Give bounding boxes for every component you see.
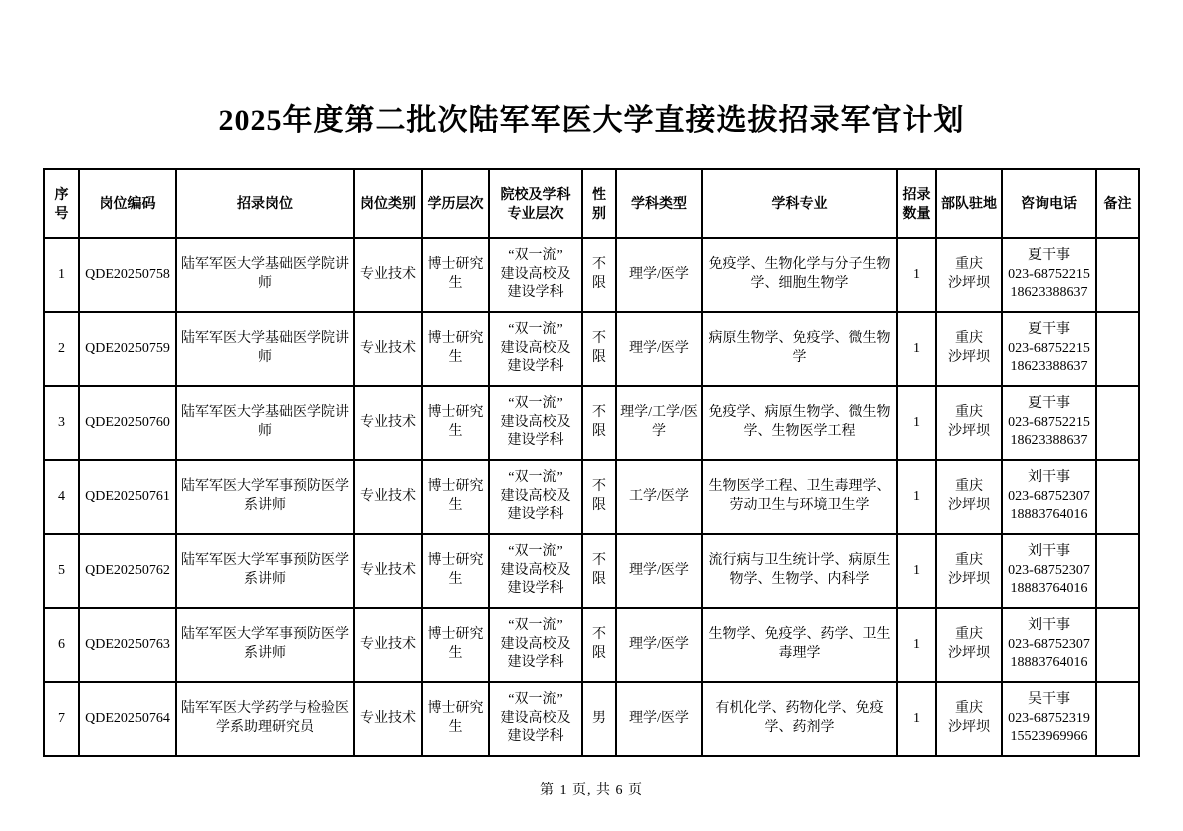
- cell-category: 专业技术: [354, 534, 422, 608]
- cell-phone: 夏干事 023-68752215 18623388637: [1002, 312, 1096, 386]
- cell-remark: [1096, 386, 1139, 460]
- cell-seq: 1: [44, 238, 79, 312]
- cell-phone: 夏干事 023-68752215 18623388637: [1002, 238, 1096, 312]
- cell-phone: 夏干事 023-68752215 18623388637: [1002, 386, 1096, 460]
- header-remark: 备注: [1096, 169, 1139, 238]
- cell-category: 专业技术: [354, 460, 422, 534]
- cell-discipline-type: 理学/医学: [616, 534, 702, 608]
- cell-count: 1: [897, 386, 936, 460]
- cell-position: 陆军军医大学基础医学院讲师: [176, 312, 354, 386]
- cell-position-code: QDE20250760: [79, 386, 176, 460]
- cell-majors: 有机化学、药物化学、免疫学、药剂学: [702, 682, 897, 756]
- cell-school-level: “双一流” 建设高校及 建设学科: [489, 608, 582, 682]
- header-phone: 咨询电话: [1002, 169, 1096, 238]
- cell-seq: 2: [44, 312, 79, 386]
- header-degree: 学历层次: [422, 169, 489, 238]
- cell-majors: 免疫学、生物化学与分子生物学、细胞生物学: [702, 238, 897, 312]
- cell-remark: [1096, 534, 1139, 608]
- cell-remark: [1096, 238, 1139, 312]
- cell-position: 陆军军医大学军事预防医学系讲师: [176, 460, 354, 534]
- cell-school-level: “双一流” 建设高校及 建设学科: [489, 460, 582, 534]
- table-header-row: 序号 岗位编码 招录岗位 岗位类别 学历层次 院校及学科 专业层次 性别 学科类…: [44, 169, 1139, 238]
- cell-school-level: “双一流” 建设高校及 建设学科: [489, 534, 582, 608]
- cell-school-level: “双一流” 建设高校及 建设学科: [489, 312, 582, 386]
- cell-count: 1: [897, 608, 936, 682]
- header-location: 部队驻地: [936, 169, 1002, 238]
- cell-count: 1: [897, 238, 936, 312]
- table-row: 7 QDE20250764 陆军军医大学药学与检验医学系助理研究员 专业技术 博…: [44, 682, 1139, 756]
- cell-degree: 博士研究生: [422, 312, 489, 386]
- cell-seq: 5: [44, 534, 79, 608]
- cell-school-level: “双一流” 建设高校及 建设学科: [489, 386, 582, 460]
- cell-gender: 不限: [582, 312, 616, 386]
- cell-remark: [1096, 312, 1139, 386]
- cell-phone: 刘干事 023-68752307 18883764016: [1002, 460, 1096, 534]
- cell-phone: 刘干事 023-68752307 18883764016: [1002, 608, 1096, 682]
- cell-discipline-type: 理学/医学: [616, 682, 702, 756]
- cell-seq: 3: [44, 386, 79, 460]
- cell-degree: 博士研究生: [422, 608, 489, 682]
- cell-category: 专业技术: [354, 238, 422, 312]
- cell-category: 专业技术: [354, 682, 422, 756]
- cell-majors: 生物医学工程、卫生毒理学、劳动卫生与环境卫生学: [702, 460, 897, 534]
- cell-phone: 吴干事 023-68752319 15523969966: [1002, 682, 1096, 756]
- cell-location: 重庆 沙坪坝: [936, 386, 1002, 460]
- cell-degree: 博士研究生: [422, 238, 489, 312]
- cell-position: 陆军军医大学军事预防医学系讲师: [176, 608, 354, 682]
- header-position: 招录岗位: [176, 169, 354, 238]
- cell-seq: 4: [44, 460, 79, 534]
- cell-location: 重庆 沙坪坝: [936, 312, 1002, 386]
- cell-category: 专业技术: [354, 386, 422, 460]
- recruitment-plan-table: 序号 岗位编码 招录岗位 岗位类别 学历层次 院校及学科 专业层次 性别 学科类…: [43, 168, 1140, 757]
- cell-gender: 不限: [582, 238, 616, 312]
- document-page: 2025年度第二批次陆军军医大学直接选拔招录军官计划 序号 岗位编码 招录岗位 …: [0, 0, 1183, 831]
- cell-location: 重庆 沙坪坝: [936, 608, 1002, 682]
- cell-discipline-type: 理学/工学/医学: [616, 386, 702, 460]
- cell-gender: 不限: [582, 386, 616, 460]
- cell-category: 专业技术: [354, 312, 422, 386]
- cell-position-code: QDE20250762: [79, 534, 176, 608]
- cell-location: 重庆 沙坪坝: [936, 534, 1002, 608]
- cell-degree: 博士研究生: [422, 460, 489, 534]
- cell-count: 1: [897, 682, 936, 756]
- header-discipline-type: 学科类型: [616, 169, 702, 238]
- cell-gender: 男: [582, 682, 616, 756]
- table-row: 3 QDE20250760 陆军军医大学基础医学院讲师 专业技术 博士研究生 “…: [44, 386, 1139, 460]
- cell-location: 重庆 沙坪坝: [936, 238, 1002, 312]
- cell-position: 陆军军医大学基础医学院讲师: [176, 238, 354, 312]
- header-majors: 学科专业: [702, 169, 897, 238]
- cell-position-code: QDE20250764: [79, 682, 176, 756]
- header-category: 岗位类别: [354, 169, 422, 238]
- cell-count: 1: [897, 312, 936, 386]
- cell-position-code: QDE20250758: [79, 238, 176, 312]
- cell-gender: 不限: [582, 460, 616, 534]
- cell-count: 1: [897, 460, 936, 534]
- cell-remark: [1096, 460, 1139, 534]
- cell-category: 专业技术: [354, 608, 422, 682]
- cell-position: 陆军军医大学药学与检验医学系助理研究员: [176, 682, 354, 756]
- header-seq: 序号: [44, 169, 79, 238]
- header-count: 招录 数量: [897, 169, 936, 238]
- table-row: 2 QDE20250759 陆军军医大学基础医学院讲师 专业技术 博士研究生 “…: [44, 312, 1139, 386]
- cell-position-code: QDE20250759: [79, 312, 176, 386]
- cell-discipline-type: 理学/医学: [616, 312, 702, 386]
- cell-majors: 生物学、免疫学、药学、卫生毒理学: [702, 608, 897, 682]
- cell-seq: 6: [44, 608, 79, 682]
- cell-phone: 刘干事 023-68752307 18883764016: [1002, 534, 1096, 608]
- cell-position-code: QDE20250761: [79, 460, 176, 534]
- page-title: 2025年度第二批次陆军军医大学直接选拔招录军官计划: [0, 0, 1183, 139]
- cell-gender: 不限: [582, 534, 616, 608]
- cell-position: 陆军军医大学军事预防医学系讲师: [176, 534, 354, 608]
- table-row: 6 QDE20250763 陆军军医大学军事预防医学系讲师 专业技术 博士研究生…: [44, 608, 1139, 682]
- cell-degree: 博士研究生: [422, 386, 489, 460]
- cell-remark: [1096, 608, 1139, 682]
- cell-location: 重庆 沙坪坝: [936, 682, 1002, 756]
- table-row: 1 QDE20250758 陆军军医大学基础医学院讲师 专业技术 博士研究生 “…: [44, 238, 1139, 312]
- cell-discipline-type: 理学/医学: [616, 238, 702, 312]
- header-position-code: 岗位编码: [79, 169, 176, 238]
- cell-majors: 病原生物学、免疫学、微生物学: [702, 312, 897, 386]
- cell-gender: 不限: [582, 608, 616, 682]
- cell-school-level: “双一流” 建设高校及 建设学科: [489, 682, 582, 756]
- header-gender: 性别: [582, 169, 616, 238]
- cell-discipline-type: 工学/医学: [616, 460, 702, 534]
- cell-location: 重庆 沙坪坝: [936, 460, 1002, 534]
- cell-remark: [1096, 682, 1139, 756]
- cell-degree: 博士研究生: [422, 682, 489, 756]
- cell-position-code: QDE20250763: [79, 608, 176, 682]
- cell-school-level: “双一流” 建设高校及 建设学科: [489, 238, 582, 312]
- header-school-level: 院校及学科 专业层次: [489, 169, 582, 238]
- cell-majors: 流行病与卫生统计学、病原生物学、生物学、内科学: [702, 534, 897, 608]
- cell-majors: 免疫学、病原生物学、微生物学、生物医学工程: [702, 386, 897, 460]
- cell-degree: 博士研究生: [422, 534, 489, 608]
- table-row: 4 QDE20250761 陆军军医大学军事预防医学系讲师 专业技术 博士研究生…: [44, 460, 1139, 534]
- cell-position: 陆军军医大学基础医学院讲师: [176, 386, 354, 460]
- table-row: 5 QDE20250762 陆军军医大学军事预防医学系讲师 专业技术 博士研究生…: [44, 534, 1139, 608]
- page-number: 第 1 页, 共 6 页: [0, 779, 1183, 799]
- cell-discipline-type: 理学/医学: [616, 608, 702, 682]
- cell-seq: 7: [44, 682, 79, 756]
- cell-count: 1: [897, 534, 936, 608]
